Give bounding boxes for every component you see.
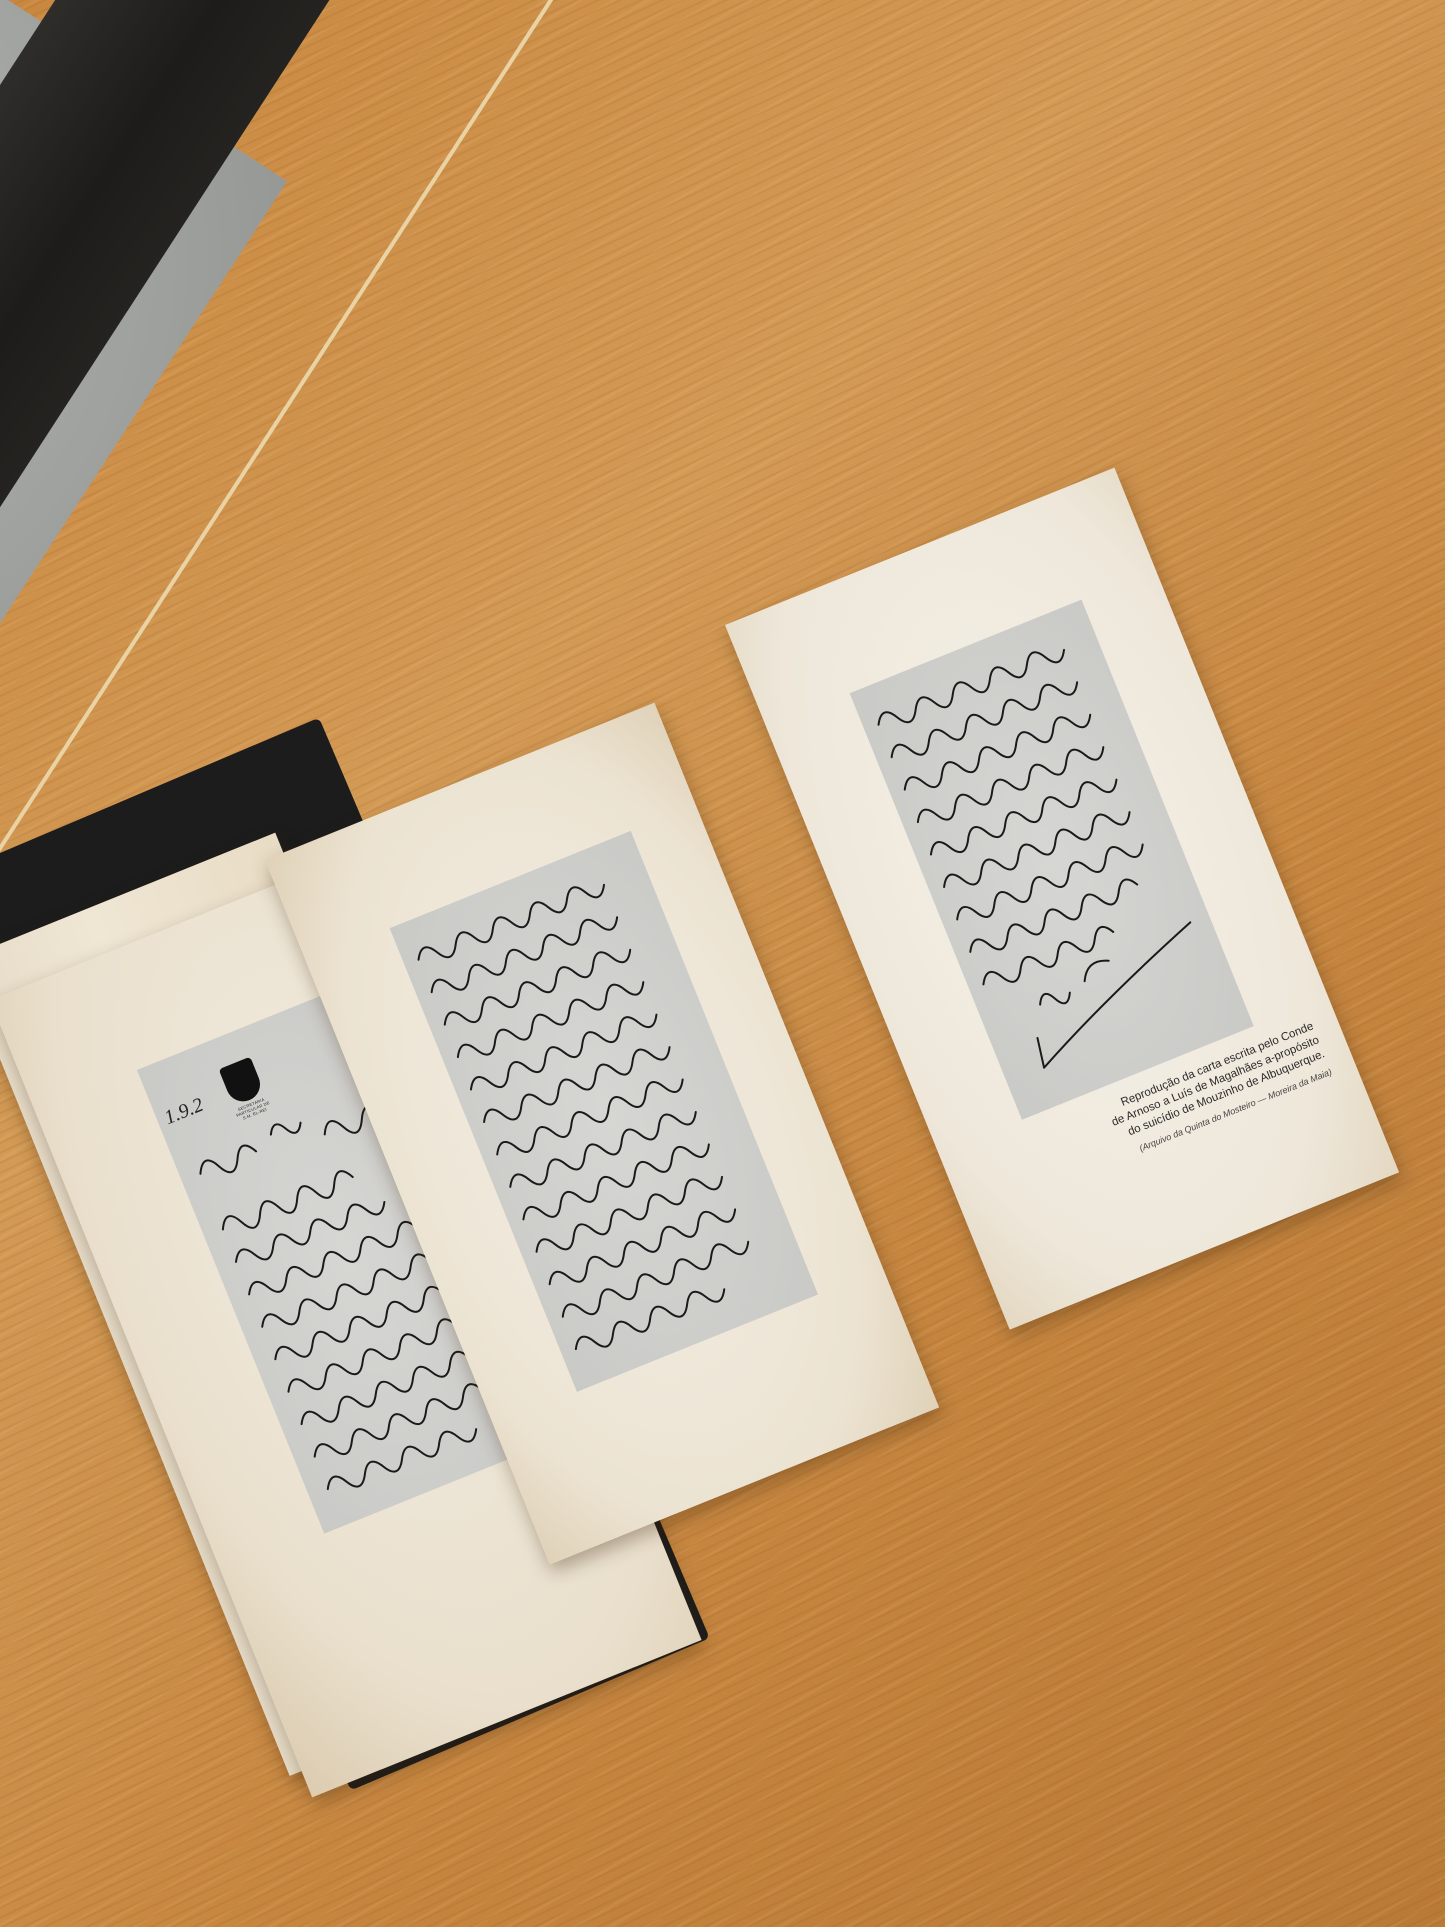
letter-plate-3 [850,600,1254,1120]
handwriting [850,600,1254,1120]
photo-scene: gi em na raiva da mol), muito ás bem o q… [0,0,1445,1927]
